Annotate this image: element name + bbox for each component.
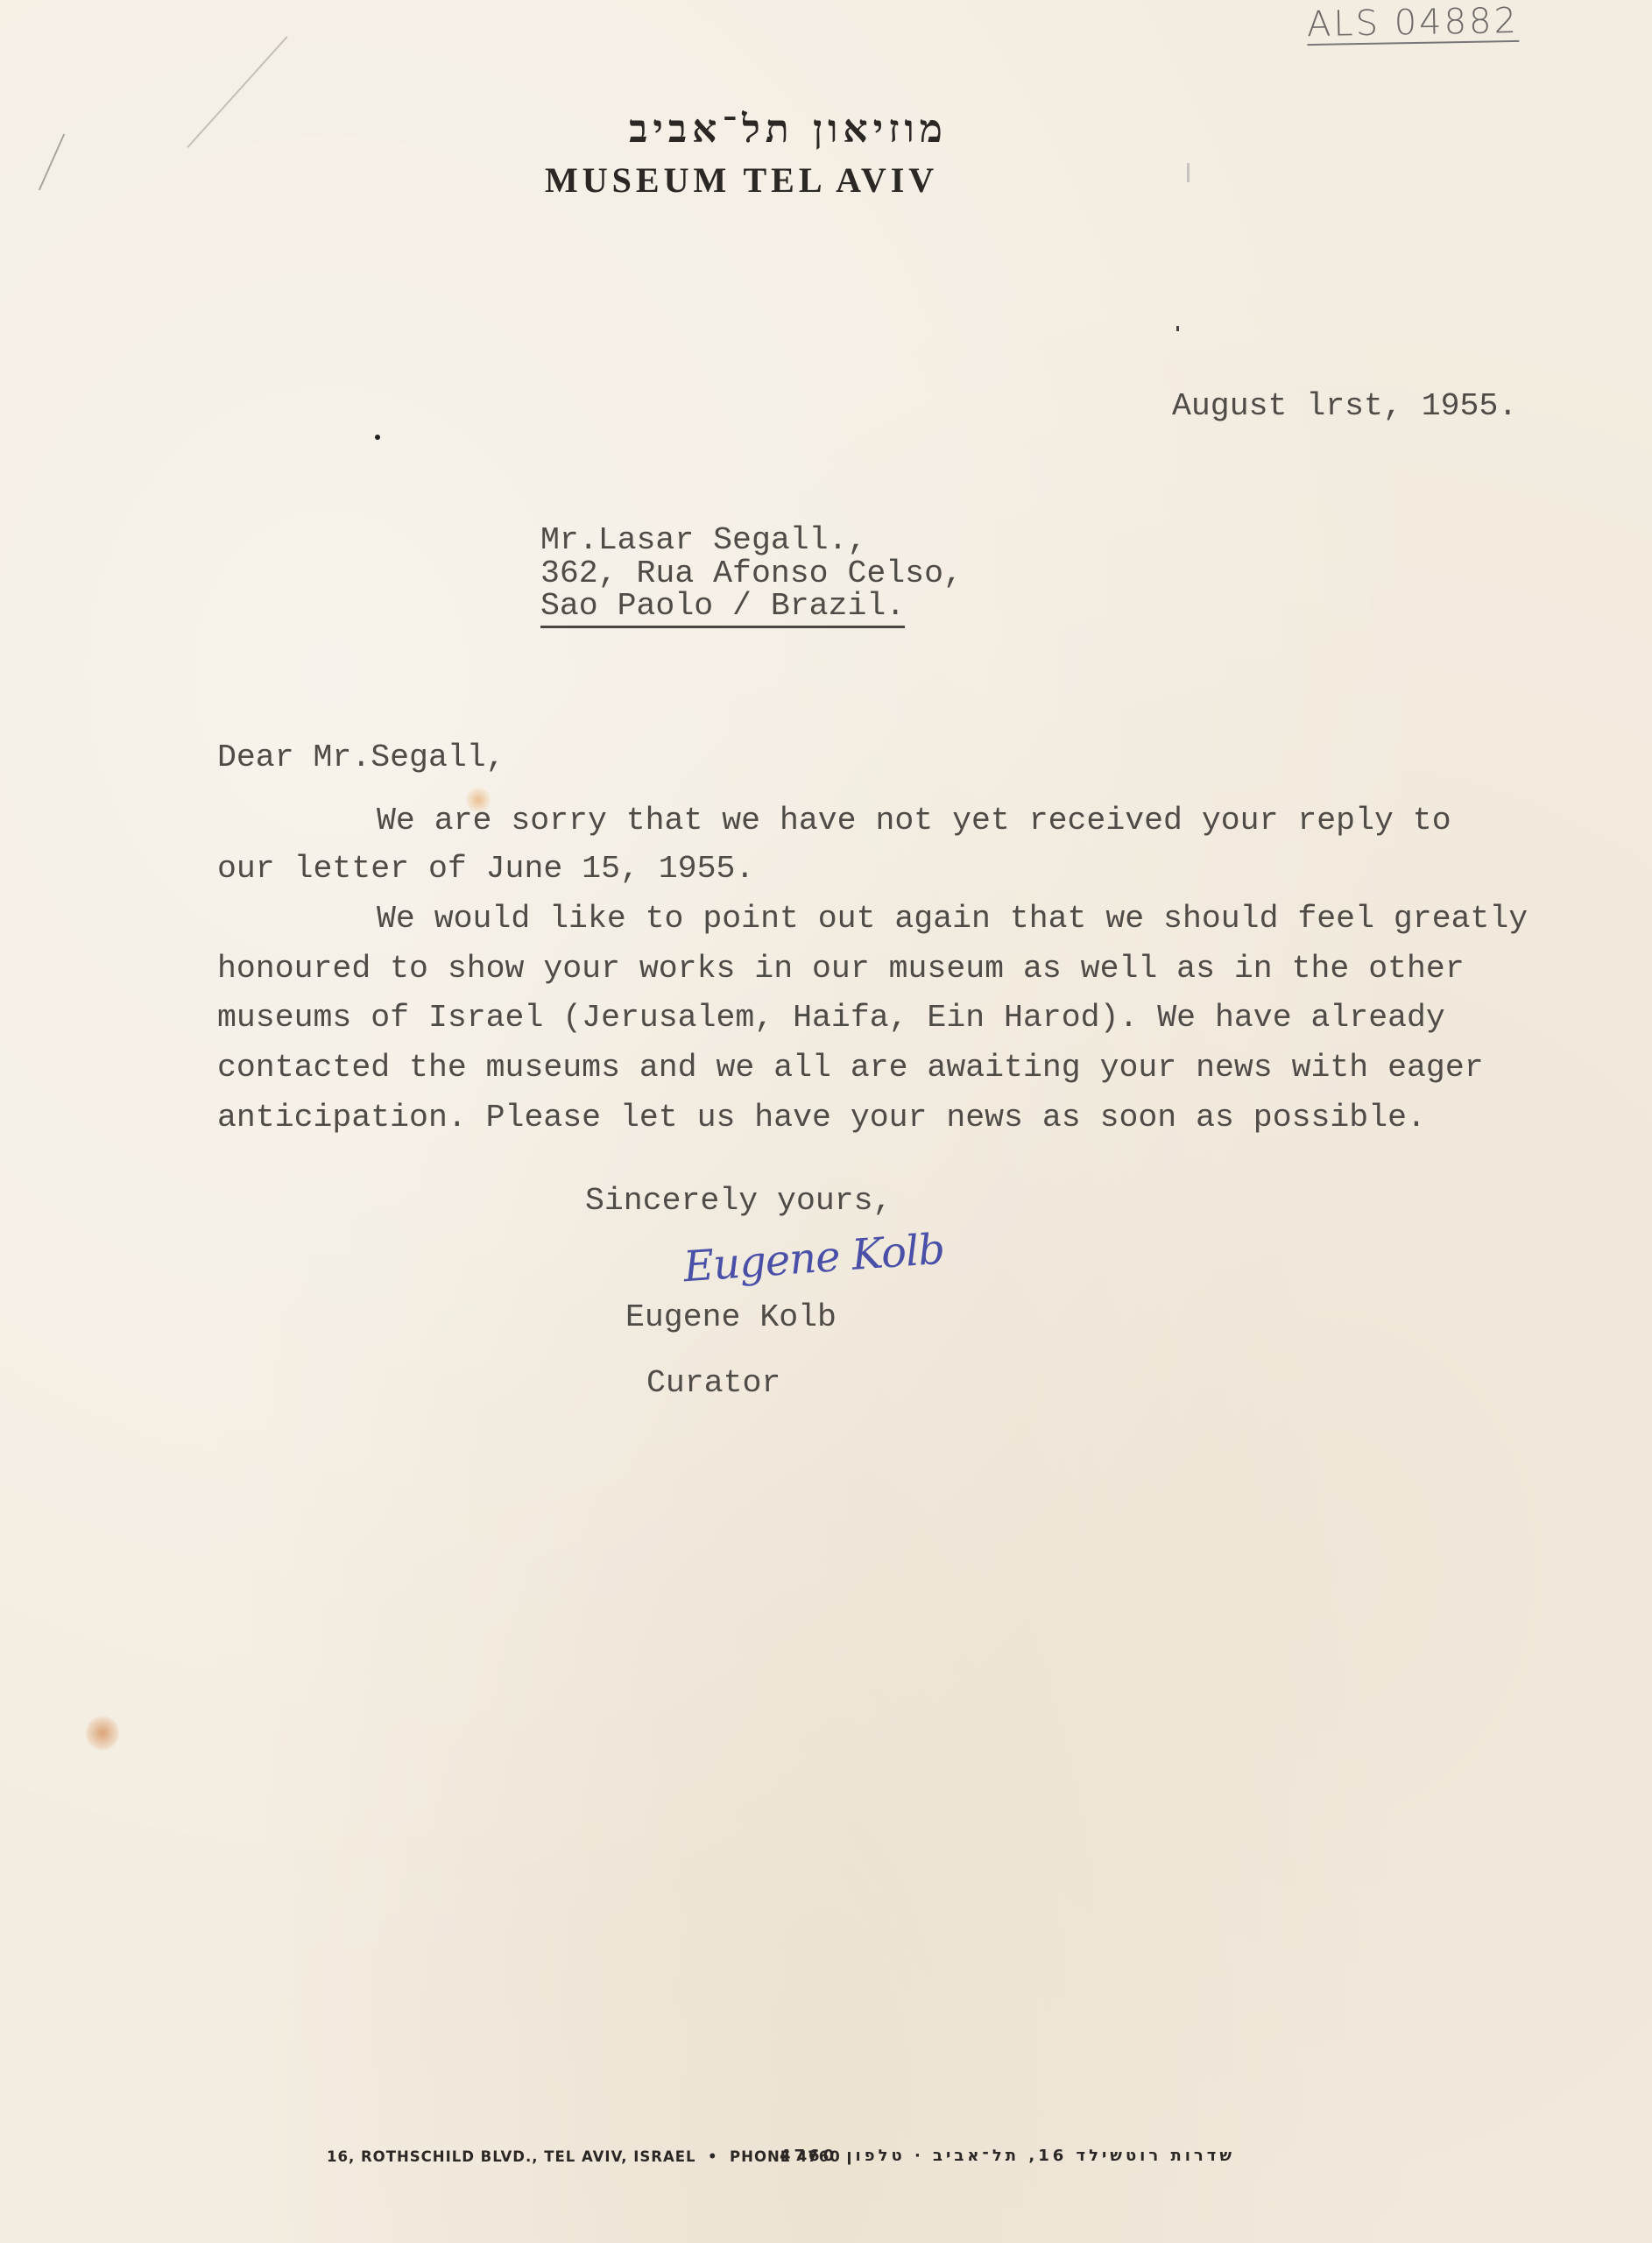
body-line: We would like to point out again that we… (377, 902, 1528, 937)
recipient-street: 362, Rua Afonso Celso, (540, 556, 963, 591)
recipient-name: Mr.Lasar Segall., (540, 523, 866, 558)
footer-address-hebrew: שדרות רוטשילד 16, תל־אביב · טלפון 4760 (780, 2147, 1261, 2165)
rust-stain (86, 1716, 119, 1751)
paper-speck (1176, 326, 1179, 331)
letterhead-hebrew-title: מוזיאון תל־אביב (545, 107, 1032, 152)
body-line: our letter of June 15, 1955. (217, 852, 754, 887)
letterhead-title: MUSEUM TEL AVIV (545, 159, 938, 201)
body-line: We are sorry that we have not yet receiv… (377, 803, 1451, 838)
body-line: honoured to show your works in our museu… (217, 952, 1465, 987)
handwritten-signature: Eugene Kolb (681, 1225, 945, 1292)
salutation: Dear Mr.Segall, (217, 740, 505, 775)
pencil-stroke (187, 36, 287, 148)
archive-reference-note: ALS 04882 (1307, 2, 1520, 46)
recipient-city-country: Sao Paolo / Brazil. (540, 589, 905, 628)
paper-speck (375, 435, 380, 440)
body-line: museums of Israel (Jerusalem, Haifa, Ein… (217, 1001, 1445, 1036)
paper-crease (1187, 163, 1190, 182)
signer-title: Curator (646, 1366, 780, 1401)
body-line: contacted the museums and we all are awa… (217, 1051, 1484, 1086)
complimentary-close: Sincerely yours, (585, 1184, 892, 1219)
pencil-stroke (39, 134, 65, 191)
signer-name: Eugene Kolb (625, 1300, 837, 1335)
body-line: anticipation. Please let us have your ne… (217, 1100, 1426, 1136)
letter-date: August lrst, 1955. (1172, 389, 1517, 424)
footer-address-english: 16, ROTHSCHILD BLVD., TEL AVIV, ISRAEL •… (327, 2148, 841, 2165)
